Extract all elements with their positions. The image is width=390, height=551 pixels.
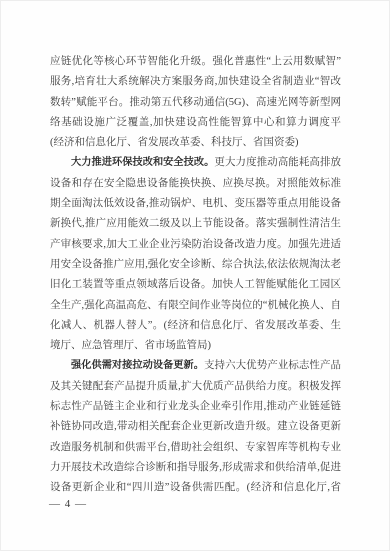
text-line: 强化供需对接拉动设备更新。支持六大优势产业标志性产品 <box>50 356 341 376</box>
text-line: 新换代,推广应用能效二级及以上节能设备。落实强制性清洁生 <box>50 214 341 234</box>
page-number: — 4 — <box>49 496 87 512</box>
text-line: 设备更新企业和“四川造”设备供需匹配。(经济和信息化厅,省 <box>50 478 341 498</box>
text-line: 服务,培育壮大系统解决方案服务商,加快建设全省制造业“智改 <box>50 72 341 92</box>
text-line: 力开展技术改造综合诊断和指导服务,形成需求和供给清单,促进 <box>50 458 341 478</box>
text-line: 设备和存在安全隐患设备能换快换、应换尽换。对照能效标准限 <box>50 174 341 194</box>
text-line: 标志性产品链主企业和行业龙头企业牵引作用,推动产业链延链 <box>50 397 341 417</box>
paragraph-lead-text: 大力推进环保技改和安全技改。 <box>71 157 214 168</box>
text-line: 补链协同改造,带动相关配套企业更新改造升级。建立设备更新 <box>50 417 341 437</box>
text-line: 及其关键配套产品提升质量,扩大优质产品供给力度。积极发挥 <box>50 377 341 397</box>
text-line: 化减人、机器人替人”。(经济和信息化厅、省发展改革委、生态环 <box>50 316 341 336</box>
text-line: 产审核要求,加大工业企业污染防治设备改造力度。加强先进适 <box>50 235 341 255</box>
paragraph-lead-text: 强化供需对接拉动设备更新。 <box>71 360 204 371</box>
text-line: 期全面淘汰低效设备,推动锅炉、电机、变压器等重点用能设备更 <box>50 194 341 214</box>
text-line: 大力推进环保技改和安全技改。更大力度推动高能耗高排放 <box>50 153 341 173</box>
text-line: 全生产,强化高温高危、有限空间作业等岗位的“机械化换人、自动 <box>50 296 341 316</box>
text-line: 应链优化等核心环节智能化升级。强化普惠性“上云用数赋智” <box>50 52 341 72</box>
text-line: 用安全设备推广应用,强化安全诊断、综合执法,依法依规淘汰老 <box>50 255 341 275</box>
text-line: 改造服务机制和供需平台,借助社会组织、专家智库等机构专业能 <box>50 438 341 458</box>
text-line: 络基础设施广泛覆盖,加快建设高性能智算中心和算力调度平台。 <box>50 113 341 133</box>
text-line: 境厅、应急管理厅、省市场监管局) <box>50 336 341 356</box>
document-lines: 应链优化等核心环节智能化升级。强化普惠性“上云用数赋智”服务,培育壮大系统解决方… <box>50 52 341 499</box>
text-line: 旧化工装置等重点领域落后设备。加快人工智能赋能化工园区安 <box>50 275 341 295</box>
text-line: 数转”赋能平台。推动第五代移动通信(5G)、高速光网等新型网 <box>50 93 341 113</box>
document-page: 应链优化等核心环节智能化升级。强化普惠性“上云用数赋智”服务,培育壮大系统解决方… <box>0 0 390 551</box>
text-line: (经济和信息化厅、省发展改革委、科技厅、省国资委) <box>50 133 341 153</box>
